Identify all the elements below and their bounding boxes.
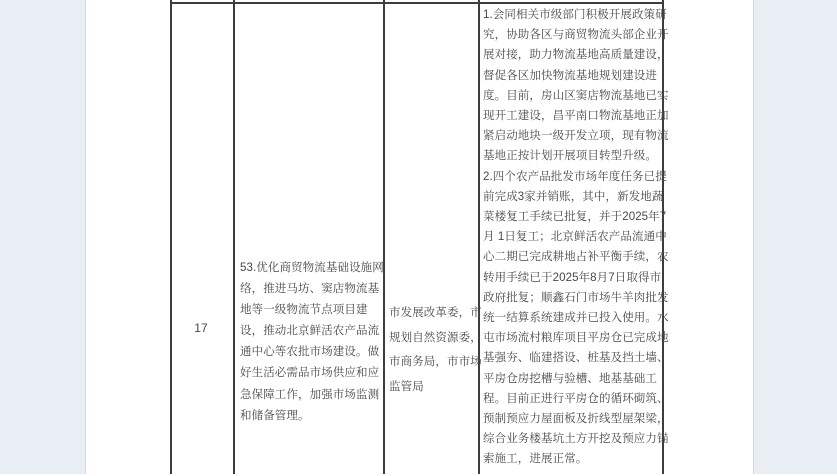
document-page: 17 53.优化商贸物流基础设施网 络，推进马坊、窦店物流基 地等一级物流节点项… (0, 0, 837, 476)
table-border-left (170, 0, 172, 474)
table-border-col3-col4 (478, 0, 480, 474)
progress-report-cell: 1.会同相关市级部门积极开展政策研 究，协助各区与商贸物流头部企业开 展对接，助… (483, 5, 669, 470)
right-gutter (753, 0, 837, 474)
left-gutter (0, 0, 86, 474)
table-border-col1-col2 (233, 0, 235, 474)
row-number-cell: 17 (175, 321, 227, 335)
table-row-top-border (170, 2, 664, 4)
task-table: 17 53.优化商贸物流基础设施网 络，推进马坊、窦店物流基 地等一级物流节点项… (170, 0, 664, 474)
task-description-cell: 53.优化商贸物流基础设施网 络，推进马坊、窦店物流基 地等一级物流节点项目建 … (240, 258, 384, 427)
responsible-departments-cell: 市发展改革委，市 规划自然资源委， 市商务局，市市场 监管局 (389, 301, 482, 399)
